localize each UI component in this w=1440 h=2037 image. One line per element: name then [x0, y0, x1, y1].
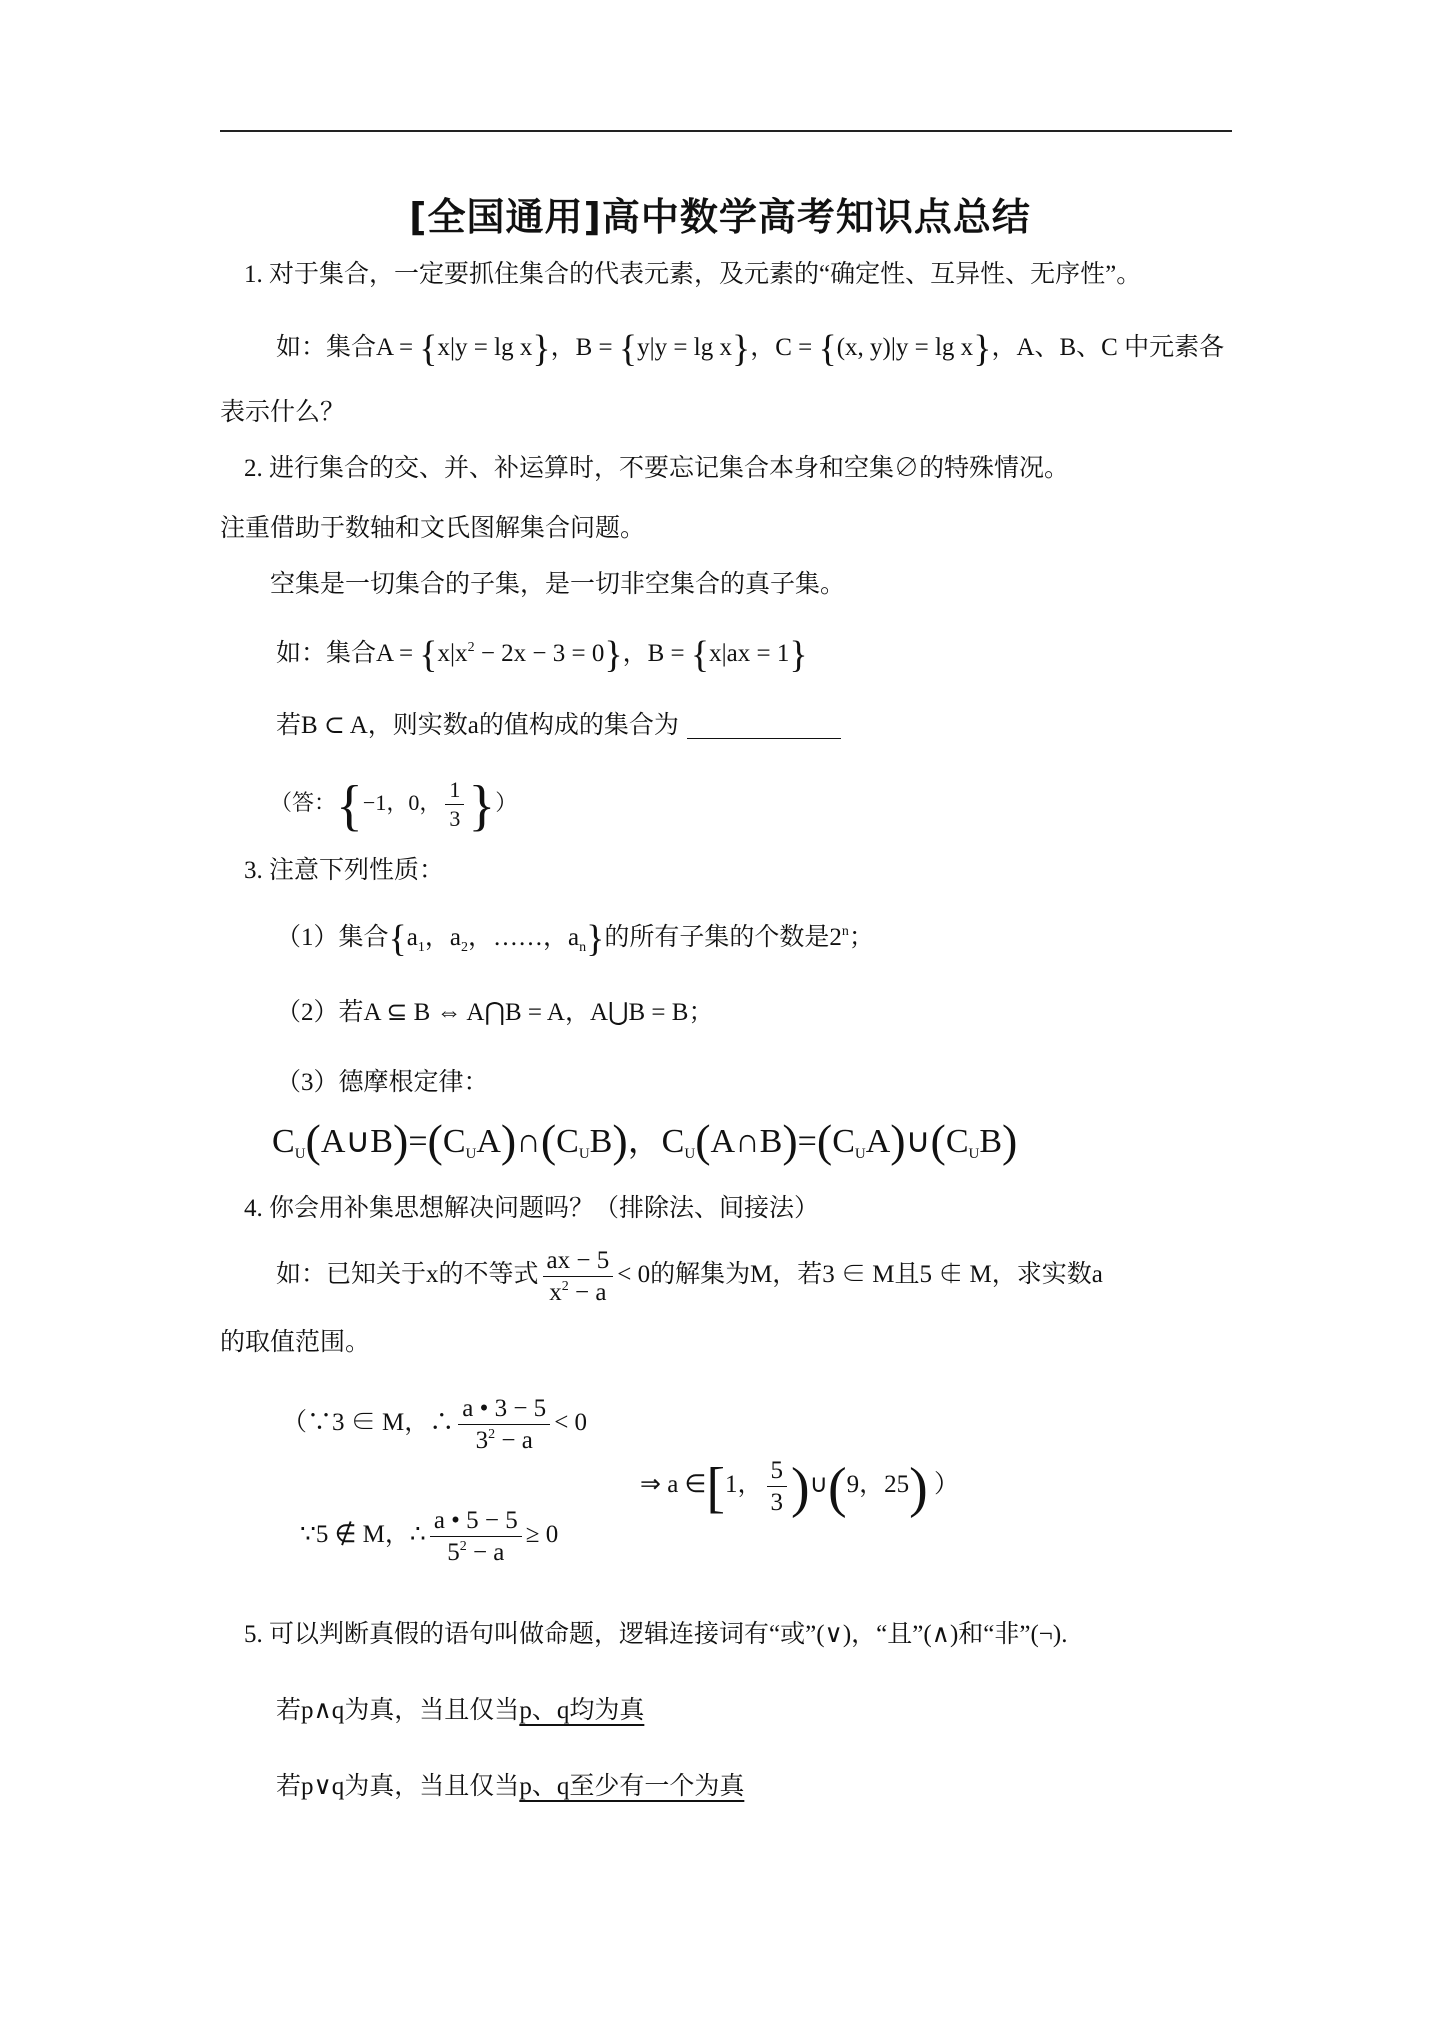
section-2-question: 若B ⊂ A，则实数a的值构成的集合为	[276, 710, 841, 739]
section-3-item-2: （2）若A ⊆ B ⇔ A⋂B = A，A⋃B = B；	[276, 1000, 713, 1025]
de-morgan-formula: CU(A∪B)=(CUA)∩(CUB)，CU(A∩B)=(CUA)∪(CUB)	[272, 1118, 1017, 1164]
section-4-example-cont: 的取值范围。	[220, 1330, 370, 1355]
section-4-example: 如：已知关于x的不等式ax − 5x2 − a< 0的解集为M，若3 ∈ M且5…	[276, 1248, 1103, 1305]
section-1-heading: 1. 对于集合，一定要抓住集合的代表元素，及元素的“确定性、互异性、无序性”。	[244, 262, 1141, 287]
rule-1-answer: p、q均为真	[519, 1697, 644, 1724]
section-5-rule-1: 若p∧q为真，当且仅当p、q均为真	[276, 1698, 644, 1723]
header-rule	[220, 130, 1232, 132]
section-5-rule-2: 若p∨q为真，当且仅当p、q至少有一个为真	[276, 1774, 744, 1799]
section-2-example: 如：集合A = {x|x2 − 2x − 3 = 0}，B = {x|ax = …	[276, 636, 808, 674]
section-2-heading: 2. 进行集合的交、并、补运算时，不要忘记集合本身和空集∅的特殊情况。	[244, 456, 1069, 481]
section-2-answer: （答：{−1，0，13}）	[270, 778, 517, 834]
section-3-heading: 3. 注意下列性质：	[244, 858, 444, 883]
section-5-heading: 5. 可以判断真假的语句叫做命题，逻辑连接词有“或”(∨)，“且”(∧)和“非”…	[244, 1622, 1067, 1647]
section-1-example-cont: 表示什么？	[220, 400, 345, 425]
solution-result: ⇒ a ∈[1，53)∪(9，25) ）	[640, 1458, 959, 1516]
section-1-example: 如：集合A = {x|y = lg x}，B = {y|y = lg x}，C …	[276, 330, 1224, 368]
section-4-heading: 4. 你会用补集思想解决问题吗？（排除法、间接法）	[244, 1196, 819, 1221]
section-3-item-1: （1）集合{a1，a2，……，an}的所有子集的个数是2n；	[276, 920, 874, 958]
section-2-note: 注重借助于数轴和文氏图解集合问题。	[220, 516, 645, 541]
section-2-fact: 空集是一切集合的子集，是一切非空集合的真子集。	[270, 572, 845, 597]
solution-line-2: ∵5 ∉ M，∴a • 5 − 552 − a≥ 0	[300, 1508, 558, 1565]
solution-line-1: （∵3 ∈ M，∴a • 3 − 532 − a< 0	[282, 1396, 587, 1453]
section-3-item-3: （3）德摩根定律：	[276, 1070, 489, 1095]
page-title: [全国通用]高中数学高考知识点总结	[0, 186, 1440, 241]
answer-blank	[687, 710, 841, 739]
rule-2-answer: p、q至少有一个为真	[519, 1773, 744, 1800]
